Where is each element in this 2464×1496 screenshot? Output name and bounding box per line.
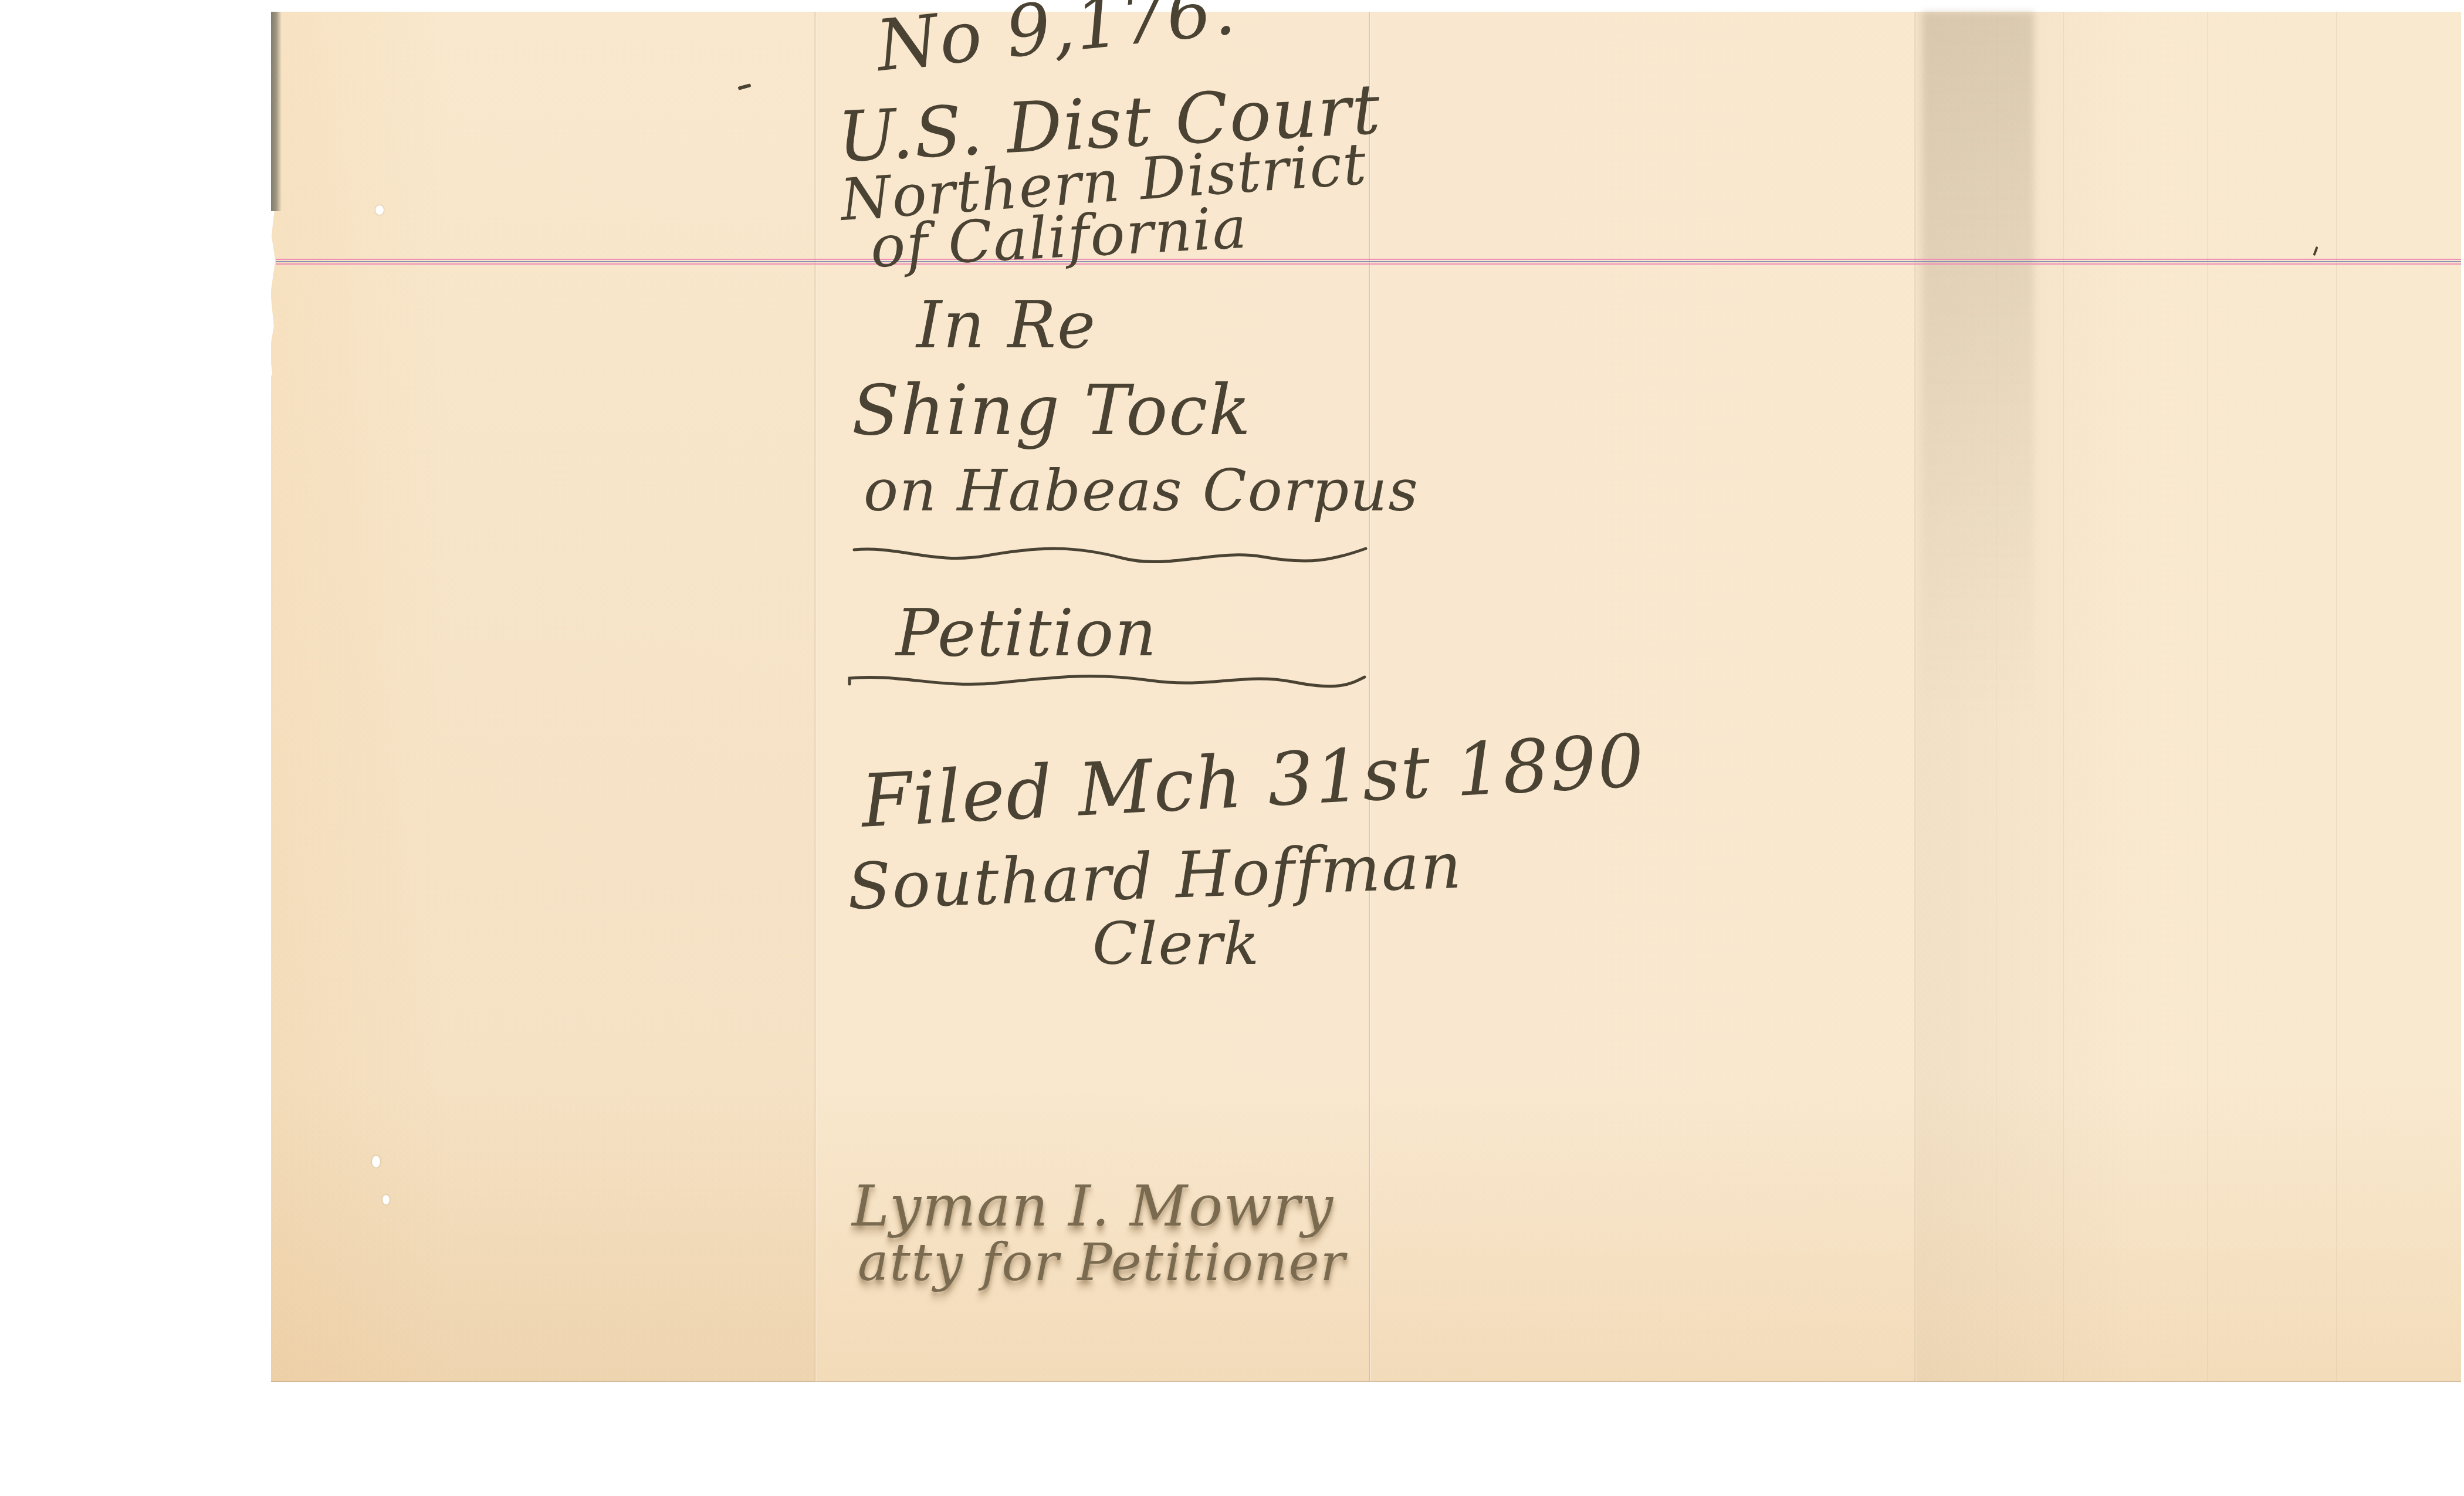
faint-vertical-rule	[2207, 12, 2208, 1382]
faint-vertical-rule	[2063, 12, 2064, 1382]
wavy-divider-bottom	[846, 669, 1368, 692]
document-title: Petition	[896, 595, 1157, 671]
punch-hole	[375, 205, 384, 215]
caption-in-re: In Re	[916, 287, 1096, 363]
punch-hole	[383, 1195, 390, 1204]
caption-party: Shing Tock	[852, 370, 1252, 451]
clerk-title: Clerk	[1092, 909, 1260, 978]
scan-page: No 9,176. U.S. Dist Court Northern Distr…	[0, 0, 2464, 1496]
ruled-line-blue-middle	[276, 261, 2461, 262]
ruled-line-pink-bottom	[276, 263, 2461, 265]
filed-date: Filed Mch 31st 1890	[859, 719, 1647, 844]
fold-crease-1	[814, 12, 817, 1382]
punch-hole	[372, 1156, 380, 1167]
age-stain	[1923, 12, 2034, 716]
document-sheet: No 9,176. U.S. Dist Court Northern Distr…	[271, 12, 2461, 1382]
torn-left-edge	[271, 12, 282, 211]
caption-matter: on Habeas Corpus	[864, 458, 1419, 524]
ruled-line-pink-top	[276, 259, 2461, 260]
attorney-role: atty for Petitioner	[858, 1232, 1346, 1292]
ruled-header-line	[276, 259, 2461, 265]
wavy-divider-top	[852, 543, 1368, 566]
fold-crease-3	[1914, 12, 1917, 1382]
fold-crease-2	[1369, 12, 1371, 1382]
left-panel-shade	[271, 12, 814, 1382]
faint-vertical-rule	[2336, 12, 2337, 1382]
case-number: No 9,176.	[872, 0, 1240, 87]
attorney-name: Lyman I. Mowry	[852, 1173, 1334, 1239]
